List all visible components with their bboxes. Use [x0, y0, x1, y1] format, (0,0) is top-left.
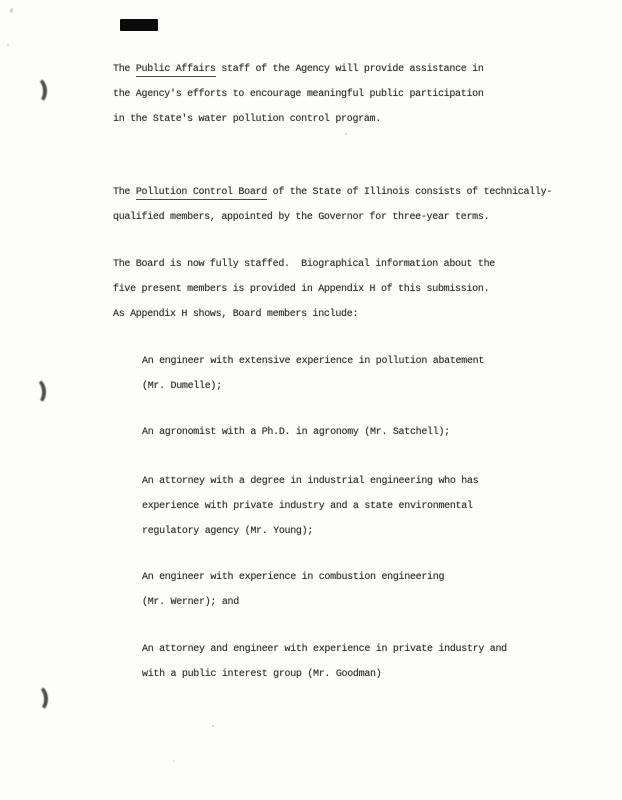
text-line: with a public interest group (Mr. Goodma…: [142, 662, 507, 687]
text-run: of the State of Illinois consists of tec…: [267, 187, 552, 198]
binder-hole-mark: [25, 377, 47, 405]
text-line: The Pollution Control Board of the State…: [113, 180, 552, 205]
paragraph-pollution-control-board: The Pollution Control Board of the State…: [113, 180, 552, 230]
text-line: An agronomist with a Ph.D. in agronomy (…: [142, 420, 450, 445]
text-line: The Board is now fully staffed. Biograph…: [113, 252, 495, 277]
text-line: An engineer with experience in combustio…: [142, 565, 444, 590]
board-member-item-goodman: An attorney and engineer with experience…: [142, 637, 507, 687]
underlined-text: Public Affairs: [136, 64, 216, 77]
scan-speck: [212, 725, 214, 727]
text-line: qualified members, appointed by the Gove…: [113, 205, 552, 230]
binder-hole-mark: [27, 684, 49, 712]
text-line: The Public Affairs staff of the Agency w…: [113, 57, 484, 82]
text-line: (Mr. Werner); and: [142, 590, 444, 615]
paragraph-board-staffed: The Board is now fully staffed. Biograph…: [113, 252, 495, 327]
text-run: The: [113, 187, 136, 198]
text-line: As Appendix H shows, Board members inclu…: [113, 302, 495, 327]
paragraph-public-affairs: The Public Affairs staff of the Agency w…: [113, 57, 484, 132]
text-line: An engineer with extensive experience in…: [142, 349, 484, 374]
redaction-bar: [120, 19, 158, 31]
board-member-item-dumelle: An engineer with extensive experience in…: [142, 349, 484, 399]
binder-hole-mark: [26, 76, 48, 104]
scan-speck: [7, 44, 9, 46]
text-line: experience with private industry and a s…: [142, 494, 478, 519]
text-line: An attorney with a degree in industrial …: [142, 469, 478, 494]
scan-speck: [173, 760, 175, 762]
text-line: the Agency's efforts to encourage meanin…: [113, 82, 484, 107]
scan-speck: [345, 133, 347, 135]
text-line: regulatory agency (Mr. Young);: [142, 519, 478, 544]
text-line: (Mr. Dumelle);: [142, 374, 484, 399]
board-member-item-werner: An engineer with experience in combustio…: [142, 565, 444, 615]
text-line: An attorney and engineer with experience…: [142, 637, 507, 662]
text-line: five present members is provided in Appe…: [113, 277, 495, 302]
underlined-text: Pollution Control Board: [136, 187, 267, 200]
scanned-document-page: The Public Affairs staff of the Agency w…: [0, 0, 622, 800]
text-line: in the State's water pollution control p…: [113, 107, 484, 132]
text-run: staff of the Agency will provide assista…: [216, 64, 484, 75]
board-member-item-young: An attorney with a degree in industrial …: [142, 469, 478, 544]
scan-speck: [9, 8, 14, 14]
text-run: The: [113, 64, 136, 75]
board-member-item-satchell: An agronomist with a Ph.D. in agronomy (…: [142, 420, 450, 445]
